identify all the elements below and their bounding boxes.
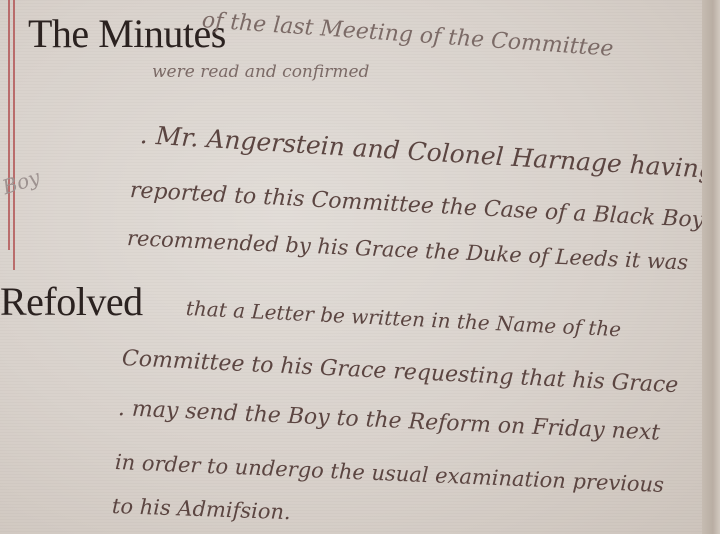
handwritten-line: that a Letter be written in the Name of … (185, 296, 621, 341)
margin-rule (8, 0, 10, 250)
handwritten-line: Committee to his Grace requesting that h… (121, 346, 678, 398)
manuscript-page: Boy The Minutes of the last Meeting of t… (0, 0, 706, 534)
heading-minutes: The Minutes (28, 10, 226, 57)
handwritten-line: were read and confirmed (152, 62, 369, 82)
handwritten-line: of the last Meeting of the Committee (201, 8, 614, 62)
page-edge (702, 0, 720, 534)
handwritten-line: to his Admifsion. (112, 494, 292, 524)
handwritten-line: in order to undergo the usual examinatio… (114, 450, 664, 497)
margin-note: Boy (0, 165, 43, 200)
handwritten-line: . Mr. Angerstein and Colonel Harnage hav… (139, 120, 706, 184)
handwritten-line: . may send the Boy to the Reform on Frid… (117, 396, 660, 446)
heading-resolved: Refolved (0, 278, 143, 325)
margin-rule (13, 0, 15, 270)
handwritten-line: recommended by his Grace the Duke of Lee… (126, 226, 688, 274)
handwritten-line: reported to this Committee the Case of a… (129, 178, 704, 233)
